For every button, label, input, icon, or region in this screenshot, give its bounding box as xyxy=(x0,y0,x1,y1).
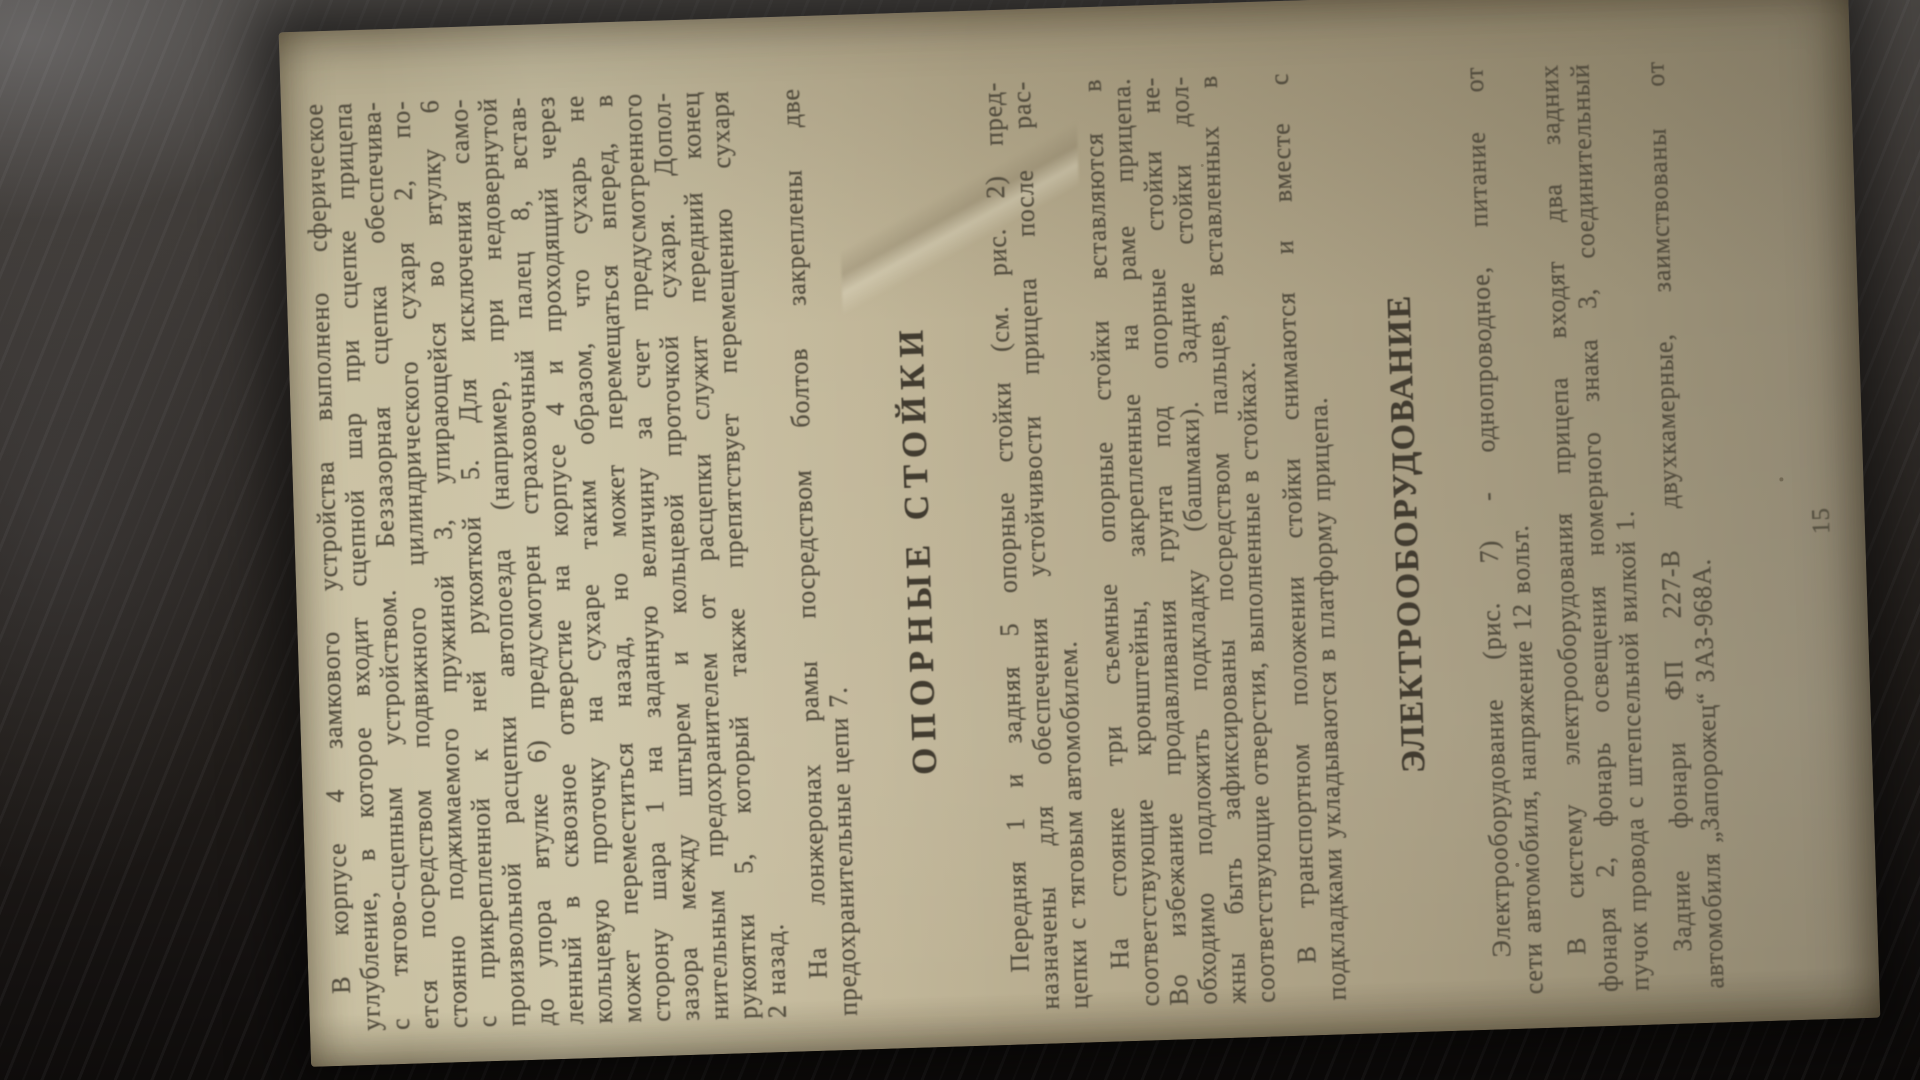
paragraph: Электрооборудование (рис. 7) - однопрово… xyxy=(1458,65,1549,995)
book-page: В корпусе 4 замкового устройства выполне… xyxy=(279,0,1881,1067)
paragraph: На стоянке три съемные опорные стойки вс… xyxy=(1078,74,1281,1008)
page-content: В корпусе 4 замкового устройства выполне… xyxy=(279,0,1881,1067)
paragraph: На лонжеронах рамы посредством болтов за… xyxy=(776,87,863,1017)
photo-scene: В корпусе 4 замкового устройства выполне… xyxy=(0,0,1920,1080)
section-title: ОПОРНЫЕ СТОЙКИ xyxy=(882,84,955,1014)
paragraph: В транспортном положении стойки снимаютс… xyxy=(1264,72,1351,1002)
text-blocks: В корпусе 4 замкового устройства выполне… xyxy=(299,60,1730,1033)
paragraph: Передняя 1 и задняя 5 опорные стойки (см… xyxy=(978,80,1094,1011)
paragraph: Задние фонари ФП 227-В двухкамерные, заи… xyxy=(1639,60,1730,990)
paragraph: В корпусе 4 замкового устройства выполне… xyxy=(299,89,792,1032)
page-number: 15 xyxy=(1793,56,1850,985)
paragraph: В систему электрооборудования прицепа вх… xyxy=(1533,62,1655,993)
section-title: ЭЛЕКТРООБОРУДОВАНИЕ xyxy=(1370,69,1443,999)
